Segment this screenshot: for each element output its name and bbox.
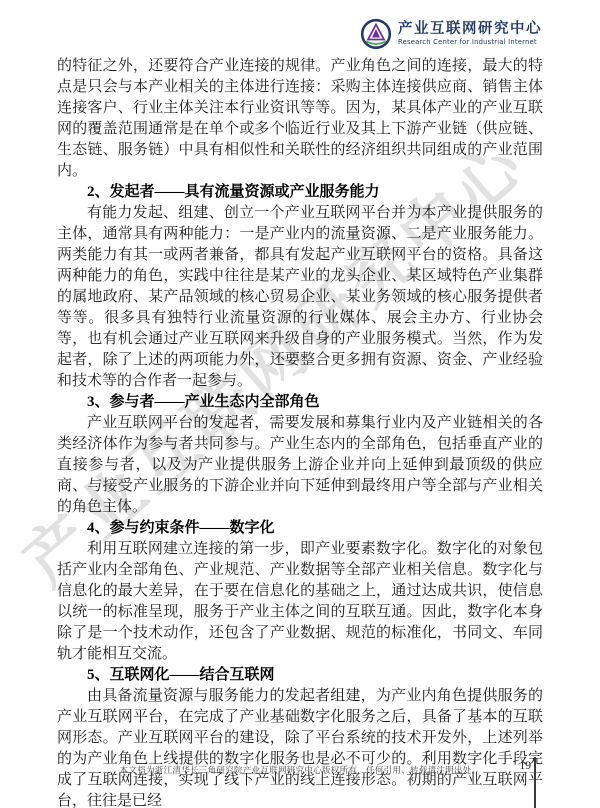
section-heading-digitalization: 4、参与约束条件——数字化 (57, 518, 543, 539)
org-name-cn: 产业互联网研究中心 (398, 22, 542, 37)
section-body-internetization: 由具备流量资源与服务能力的发起者组建，为产业内角色提供服务的产业互联网平台，在完… (57, 686, 543, 808)
paragraph-continuation: 的特征之外，还要符合产业连接的规律。产业角色之间的连接，最大的特点是只会与本产业… (57, 56, 543, 182)
org-name-en: Research Center for Industrial Internet (398, 39, 542, 46)
document-body: 的特征之外，还要符合产业连接的规律。产业角色之间的连接，最大的特点是只会与本产业… (57, 56, 543, 808)
page-number: 19 (511, 760, 531, 772)
page-number-divider (534, 757, 536, 808)
document-page: 产业互联网研究中心 产业互联网研究中心 Research Center for … (0, 0, 600, 808)
section-body-initiator: 有能力发起、组建、创立一个产业互联网平台并为本产业提供服务的主体，通常具有两种能… (57, 203, 543, 392)
section-heading-participants: 3、参与者——产业生态内全部角色 (57, 392, 543, 413)
section-heading-internetization: 5、互联网化——结合互联网 (57, 665, 543, 686)
section-body-participants: 产业互联网平台的发起者，需要发展和募集行业内及产业链相关的各类经济体作为参与者共… (57, 413, 543, 518)
section-heading-initiator: 2、发起者——具有流量资源或产业服务能力 (57, 182, 543, 203)
org-logo-text: 产业互联网研究中心 Research Center for Industrial… (398, 22, 542, 46)
header: 产业互联网研究中心 Research Center for Industrial… (360, 18, 542, 50)
org-logo-icon (360, 18, 392, 50)
footer-copyright: 本文档为浙江清华长三角研究院产业互联网研究中心版权所有，任何引用、转载请注明出处… (57, 764, 543, 776)
section-body-digitalization: 利用互联网建立连接的第一步，即产业要素数字化。数字化的对象包括产业内全部角色、产… (57, 539, 543, 665)
